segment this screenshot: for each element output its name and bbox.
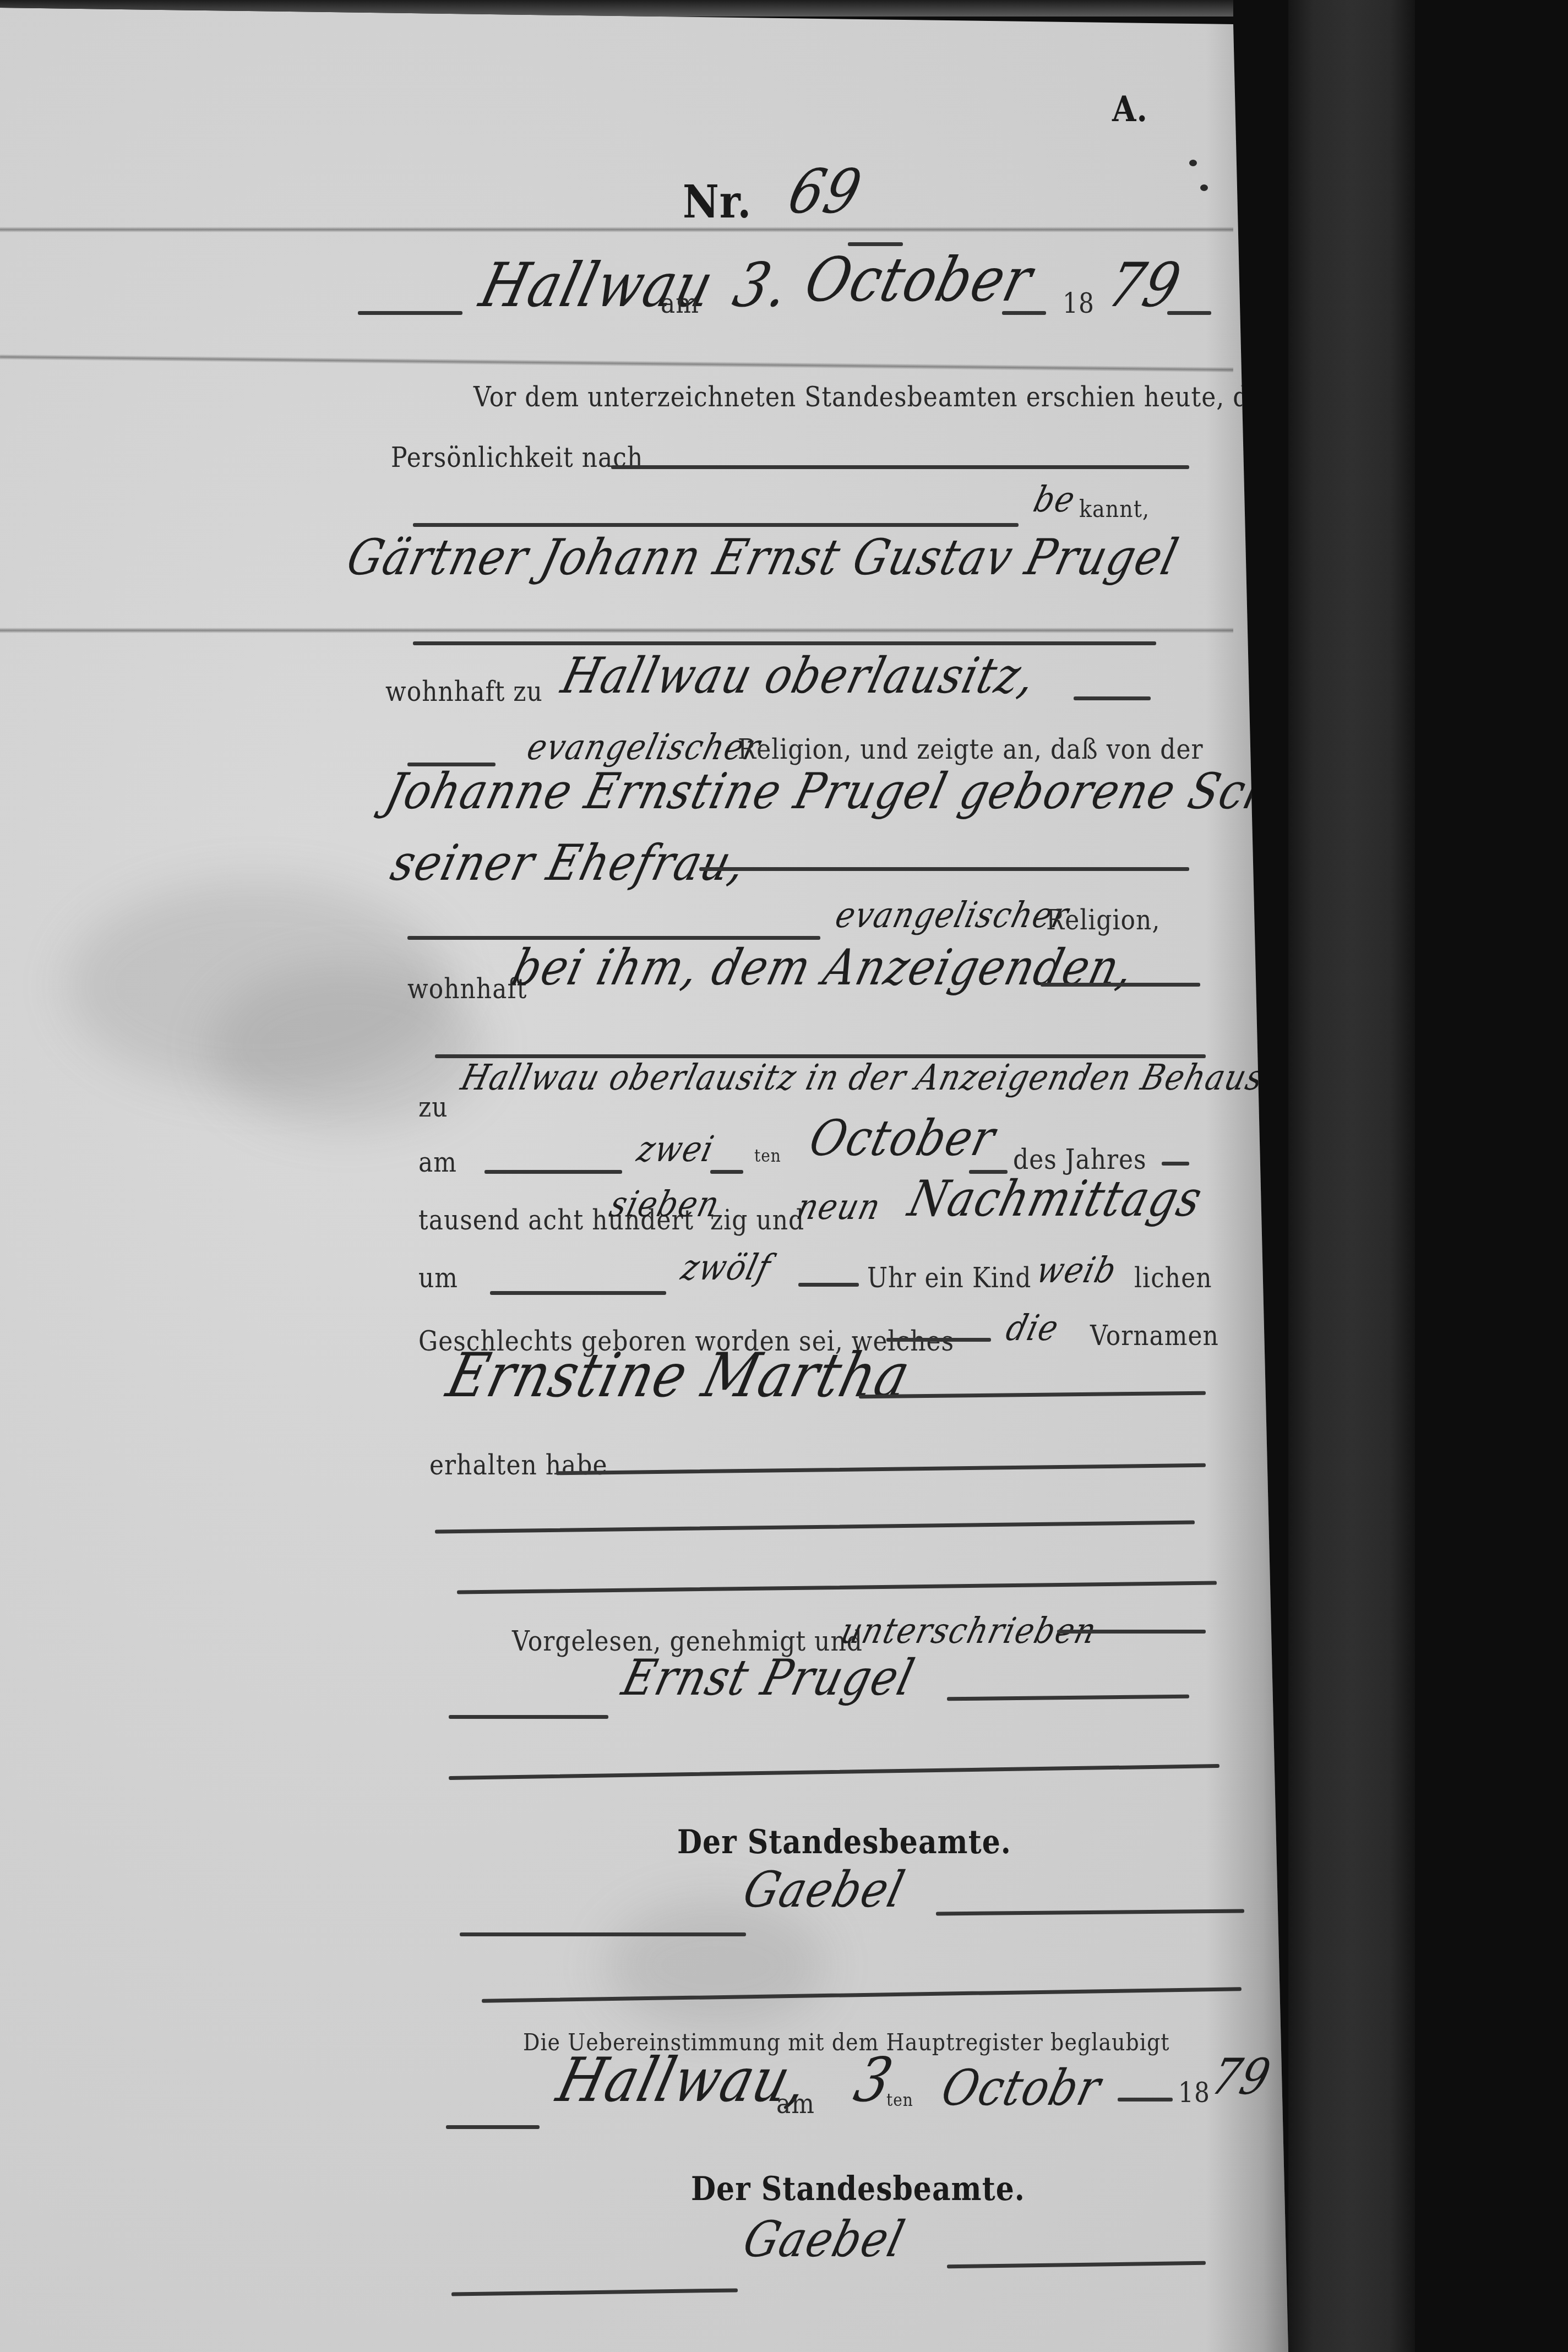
identity-label: Persönlichkeit nach (391, 442, 643, 474)
registrar-title-2: Der Standesbeamte. (691, 2170, 1025, 2208)
rule (413, 523, 1019, 527)
photographed-register-page: A. Nr. 69 Hallwau am 3. October 18 79 Vo… (0, 0, 1568, 2352)
identity-value: be (1030, 479, 1080, 520)
rule (449, 1715, 608, 1719)
mother-residence-value: bei ihm, dem Anzeigenden, (507, 940, 1140, 997)
rule (446, 2125, 540, 2129)
rule (435, 1521, 1195, 1534)
informant-signature: Ernst Prugel (617, 1650, 920, 1707)
birth-month: October (804, 1110, 1001, 1168)
time-value: zwölf (677, 1247, 775, 1288)
rule (859, 1391, 1206, 1399)
rule (556, 1463, 1206, 1475)
received-label: erhalten habe (429, 1449, 608, 1482)
year-zig: zig und (710, 1204, 804, 1237)
rule (1041, 983, 1200, 987)
header-day: 3. (727, 249, 797, 320)
relation: seiner Ehefrau, (385, 835, 752, 892)
rule (490, 1291, 666, 1295)
rule (358, 311, 462, 315)
rule (947, 1695, 1189, 1701)
rule (798, 1283, 859, 1287)
ink-spot (1189, 160, 1197, 166)
intro-text: Vor dem unterzeichneten Standesbeamten e… (473, 381, 1276, 413)
rule (449, 1764, 1219, 1780)
rule (1002, 311, 1046, 315)
paper-stain (606, 1899, 826, 2032)
religion-2-label: Religion, (1046, 904, 1160, 937)
registrar-signature: Gaebel (738, 1862, 911, 1919)
rule (1167, 311, 1211, 315)
birth-place-label: zu (418, 1091, 448, 1124)
child-sex-value: weib (1032, 1250, 1121, 1291)
religion-1-value: evangelischer (523, 727, 765, 768)
form-letter: A. (1112, 88, 1148, 130)
rule (611, 465, 1189, 469)
rule (482, 1987, 1242, 2003)
identity-suffix: kannt, (1079, 494, 1150, 522)
year-units: neun (793, 1186, 885, 1228)
paper-fold-line (0, 227, 1233, 232)
year-tens: sieben (606, 1184, 724, 1225)
birth-day-label-am: am (418, 1146, 457, 1179)
record-number: 69 (782, 156, 869, 227)
rule (1118, 2098, 1173, 2101)
header-year-prefix: 18 (1063, 287, 1095, 320)
time-of-day: Nachmittags (903, 1171, 1208, 1228)
cert-day-suffix: ten (886, 2089, 913, 2110)
registrar-title: Der Standesbeamte. (677, 1823, 1011, 1861)
rule (460, 1932, 746, 1936)
birth-day-suffix: ten (754, 1145, 781, 1166)
names-label: Vornamen (1090, 1320, 1219, 1352)
register-page: A. Nr. 69 Hallwau am 3. October 18 79 Vo… (0, 0, 1288, 2352)
residence-label: wohnhaft zu (385, 676, 543, 708)
rule (457, 1581, 1217, 1594)
rule (1162, 1162, 1189, 1166)
child-text: Uhr ein Kind (867, 1262, 1031, 1294)
rule (1057, 1630, 1206, 1634)
religion-2-value: evangelischer (831, 895, 1074, 936)
cert-month: Octobr (936, 2060, 1107, 2117)
header-year-suffix: 79 (1101, 249, 1188, 320)
header-month: October (798, 244, 1040, 315)
record-number-label: Nr. (683, 175, 752, 228)
time-label-um: um (418, 1262, 458, 1294)
rule (413, 641, 1156, 645)
child-sex-suffix: lichen (1134, 1262, 1212, 1294)
rule (936, 1909, 1244, 1916)
residence-value: Hallwau oberlausitz, (556, 648, 1042, 705)
paper-fold-line (0, 354, 1233, 372)
religion-1-text: Religion, und zeigte an, daß von der (738, 733, 1204, 766)
birth-day-value: zwei (633, 1129, 718, 1170)
birth-place-value: Hallwau oberlausitz in der Anzeigenden B… (457, 1057, 1331, 1098)
header-am: am (661, 287, 699, 320)
book-spine-band (1288, 0, 1415, 2352)
rule (710, 1170, 743, 1174)
names-article: die (1002, 1308, 1064, 1349)
registrar-signature-2: Gaebel (738, 2212, 911, 2269)
rule (699, 867, 1189, 871)
rule (484, 1170, 622, 1174)
child-names: Ernstine Martha (440, 1340, 918, 1411)
rule (1074, 696, 1151, 700)
cert-year-prefix: 18 (1178, 2077, 1210, 2109)
cert-am: am (776, 2088, 815, 2120)
informant-name: Gärtner Johann Ernst Gustav Prugel (341, 530, 1184, 587)
paper-fold-line (0, 628, 1233, 633)
rule (451, 2288, 738, 2296)
rule (947, 2261, 1206, 2269)
